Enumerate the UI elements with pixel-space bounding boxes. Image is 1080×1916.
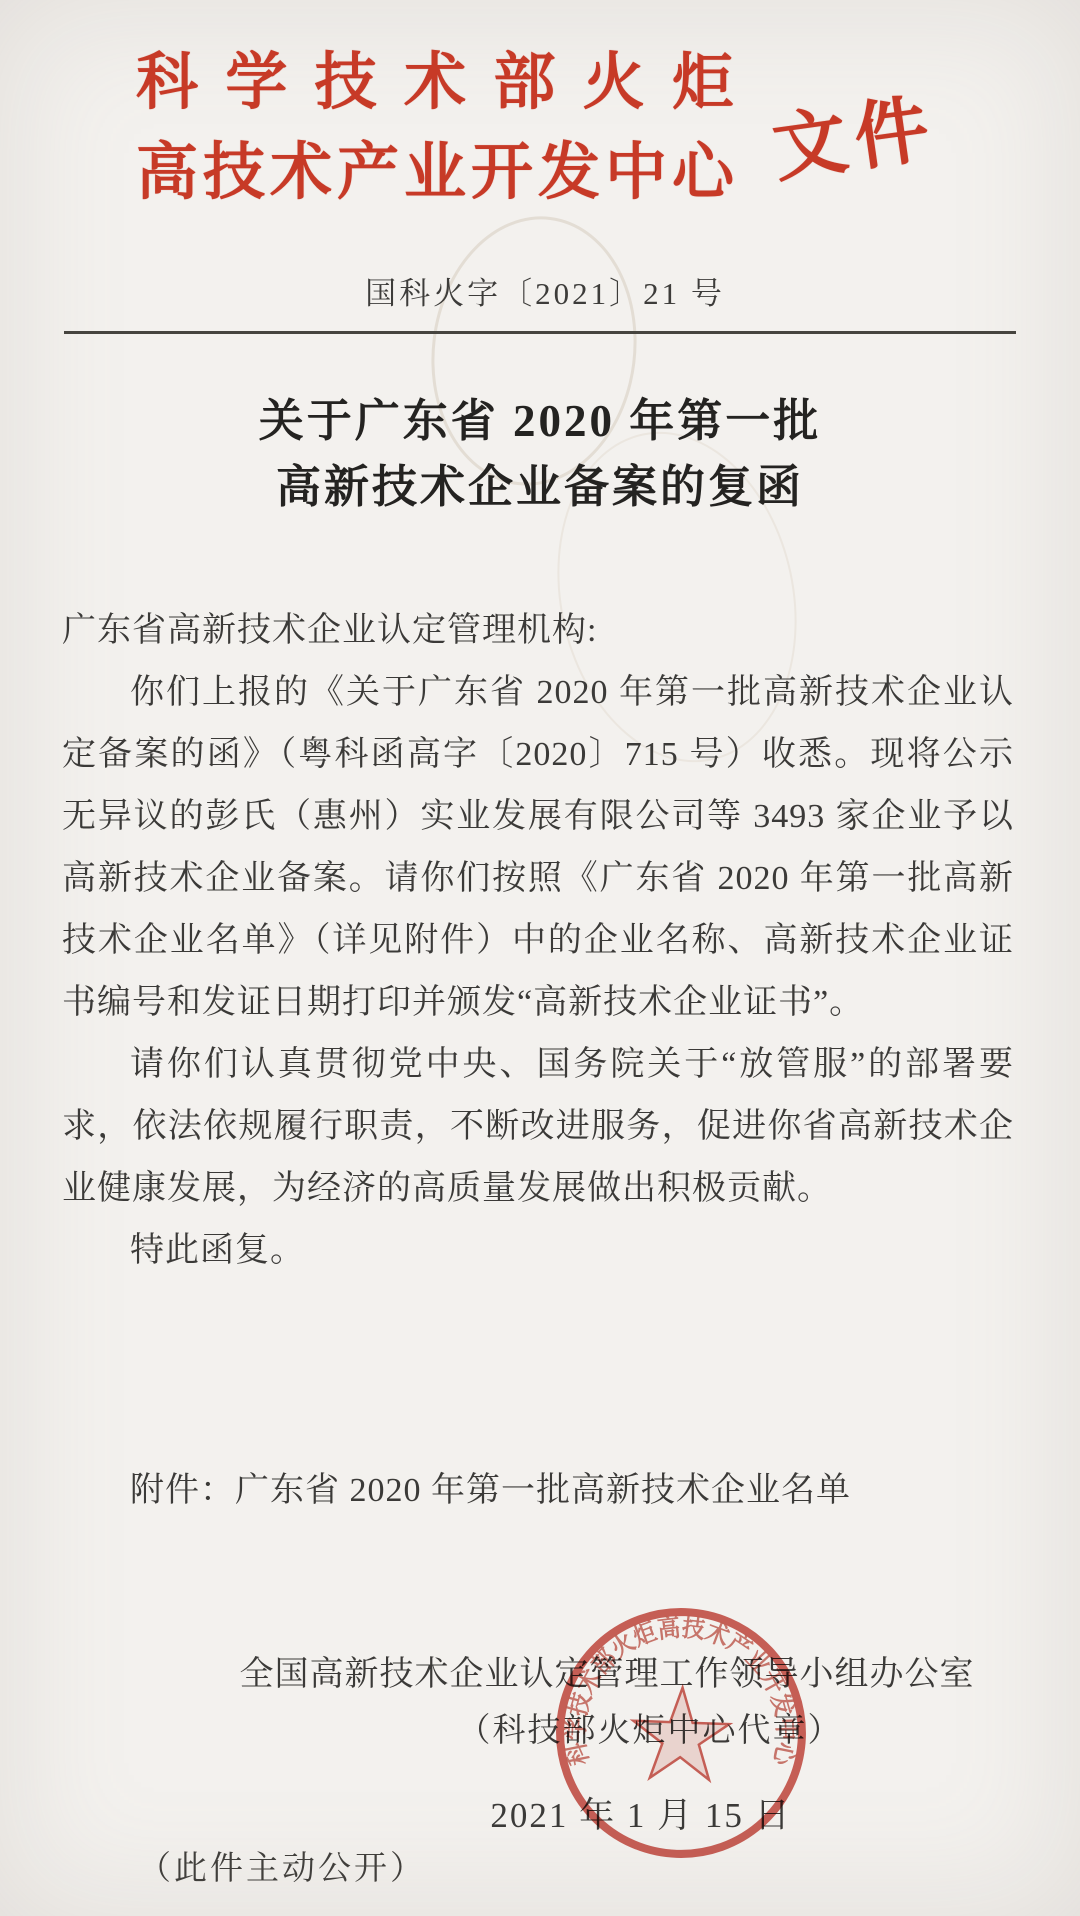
salutation: 广东省高新技术企业认定管理机构: [62, 600, 1014, 662]
document-body: 广东省高新技术企业认定管理机构: 你们上报的《关于广东省 2020 年第一批高新… [62, 600, 1014, 1282]
document-page: 科学技术部火炬 高技术产业开发中心 文件 国科火字〔2021〕21 号 关于广东… [0, 0, 1080, 1916]
document-title-line1: 关于广东省 2020 年第一批 [0, 388, 1080, 454]
document-title: 关于广东省 2020 年第一批 高新技术企业备案的复函 [0, 388, 1080, 520]
letterhead-doc-type: 文件 [765, 69, 942, 197]
disclosure-note: （此件主动公开） [138, 1842, 426, 1889]
document-number: 国科火字〔2021〕21 号 [0, 268, 1080, 313]
attachment-note: 附件：广东省 2020 年第一批高新技术企业名单 [62, 1462, 1080, 1511]
official-seal: 科学技术部火炬高技术产业开发中心 [546, 1598, 817, 1869]
seal-star-icon [631, 1686, 730, 1780]
body-paragraph-1: 你们上报的《关于广东省 2020 年第一批高新技术企业认定备案的函》（粤科函高字… [62, 662, 1014, 1034]
separator-line [64, 331, 1016, 334]
body-paragraph-2: 请你们认真贯彻党中央、国务院关于“放管服”的部署要求，依法依规履行职责，不断改进… [62, 1034, 1014, 1220]
closing-phrase: 特此函复。 [62, 1220, 1014, 1282]
letterhead-org-line1: 科学技术部火炬 [136, 46, 734, 120]
letterhead: 科学技术部火炬 高技术产业开发中心 [136, 46, 734, 210]
document-title-line2: 高新技术企业备案的复函 [0, 454, 1080, 520]
letterhead-org-line2: 高技术产业开发中心 [136, 136, 734, 210]
